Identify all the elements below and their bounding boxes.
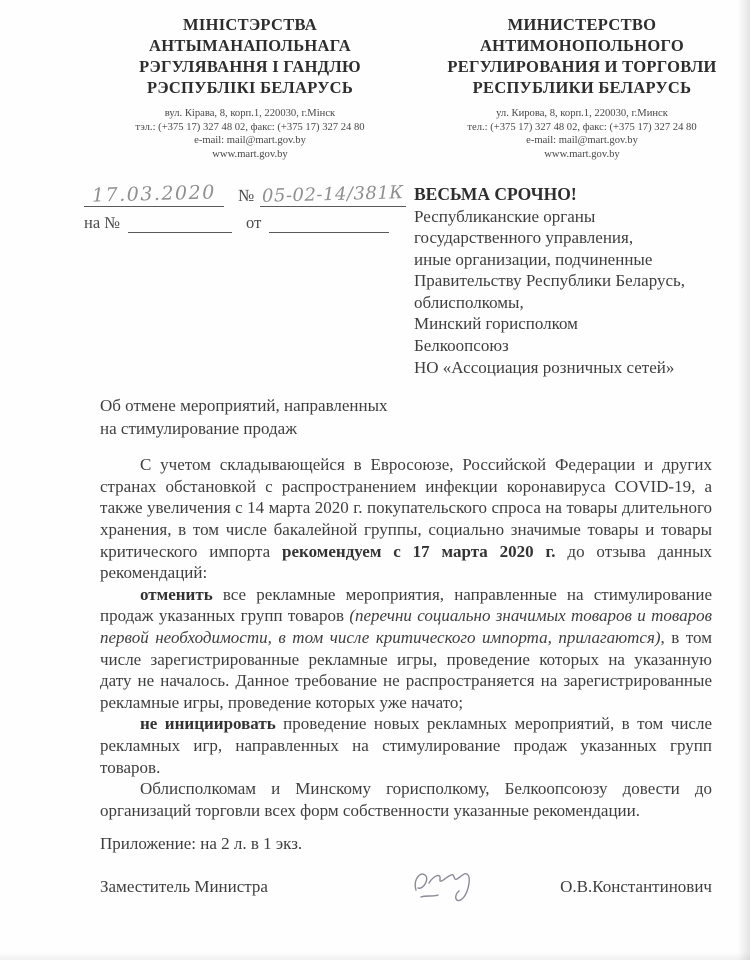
ot-label: от [246,213,261,233]
signer-position: Заместитель Министра [100,877,268,897]
na-number-label: на № [84,213,120,233]
urgency-mark: ВЕСЬМА СРОЧНО! [414,184,750,206]
recipient-line: иные организации, подчиненные [414,249,750,271]
ministry-name-ru-line: РЕГУЛИРОВАНИЯ И ТОРГОВЛИ [416,56,748,77]
website-ru: www.mart.gov.by [416,148,748,162]
paragraph-executives: Облисполкомам и Минскому горисполкому, Б… [100,778,712,821]
recipient-line: НО «Ассоциация розничных сетей» [414,357,750,379]
contacts-by: вул. Кірава, 8, корп.1, 220030, г.Мінск … [84,107,416,161]
number-sign-label: № [238,186,254,207]
na-number-blank-field [128,232,232,233]
paragraph-intro: С учетом складывающейся в Евросоюзе, Рос… [100,454,712,584]
ministry-name-ru: МИНИСТЕРСТВО АНТИМОНОПОЛЬНОГО РЕГУЛИРОВА… [416,14,748,98]
letterhead: МІНІСТЭРСТВА АНТЫМАНАПОЛЬНАГА РЭГУЛЯВАНН… [0,0,750,161]
paragraph-cancel: отменить все рекламные мероприятия, напр… [100,584,712,714]
date-field: 17.03.2020 [84,183,224,207]
address-by: вул. Кірава, 8, корп.1, 220030, г.Мінск [84,107,416,121]
recipient-line: Минский горисполком [414,313,750,335]
ministry-name-ru-line: АНТИМОНОПОЛЬНОГО [416,35,748,56]
handwritten-number: 05-02-14/381К [262,182,404,207]
scan-edge-shadow-bottom [0,952,750,960]
handwritten-date: 17.03.2020 [92,181,216,206]
reference-block: 17.03.2020 № 05-02-14/381К на № от [84,173,414,378]
recipient-block: ВЕСЬМА СРОЧНО! Республиканские органы го… [414,173,750,378]
ministry-name-by-line: АНТЫМАНАПОЛЬНАГА [84,35,416,56]
recipient-line: облисполкомы, [414,292,750,314]
reference-recipient-row: 17.03.2020 № 05-02-14/381К на № от ВЕСЬМ… [0,173,750,378]
ministry-name-by-line: РЭСПУБЛІКІ БЕЛАРУСЬ [84,77,416,98]
email-ru: e-mail: mail@mart.gov.by [416,134,748,148]
subject-line: Об отмене мероприятий, направленных [100,394,520,417]
ministry-name-by: МІНІСТЭРСТВА АНТЫМАНАПОЛЬНАГА РЭГУЛЯВАНН… [84,14,416,98]
ministry-name-by-line: РЭГУЛЯВАННЯ І ГАНДЛЮ [84,56,416,77]
letterhead-belarusian: МІНІСТЭРСТВА АНТЫМАНАПОЛЬНАГА РЭГУЛЯВАНН… [84,14,416,161]
recipient-line: Белкоопсоюз [414,335,750,357]
body-bold-run: отменить [140,585,213,604]
ot-blank-field [269,232,389,233]
signer-name: О.В.Константинович [560,877,712,897]
attachment-note: Приложение: на 2 л. в 1 экз. [100,834,750,854]
website-by: www.mart.gov.by [84,148,416,162]
subject-block: Об отмене мероприятий, направленных на с… [100,394,520,440]
recipient-line: государственного управления, [414,227,750,249]
body-bold-run: не инициировать [140,714,276,733]
letter-body: С учетом складывающейся в Евросоюзе, Рос… [100,454,712,821]
reference-line-2: на № от [84,207,414,233]
address-ru: ул. Кирова, 8, корп.1, 220030, г.Минск [416,107,748,121]
contacts-ru: ул. Кирова, 8, корп.1, 220030, г.Минск т… [416,107,748,161]
reference-line-1: 17.03.2020 № 05-02-14/381К [84,173,414,207]
handwritten-signature-icon [408,862,488,911]
phone-by: тэл.: (+375 17) 327 48 02, факс: (+375 1… [84,121,416,135]
recipient-line: Республиканские органы [414,206,750,228]
ministry-name-ru-line: РЕСПУБЛИКИ БЕЛАРУСЬ [416,77,748,98]
paragraph-not-initiate: не инициировать проведение новых рекламн… [100,713,712,778]
outgoing-number-field: 05-02-14/381К [260,184,406,207]
body-bold-run: рекомендуем с 17 марта 2020 г. [282,542,556,561]
scanned-letter-page: МІНІСТЭРСТВА АНТЫМАНАПОЛЬНАГА РЭГУЛЯВАНН… [0,0,750,960]
email-by: e-mail: mail@mart.gov.by [84,134,416,148]
ministry-name-ru-line: МИНИСТЕРСТВО [416,14,748,35]
signature-row: Заместитель Министра О.В.Константинович [100,862,712,911]
subject-line: на стимулирование продаж [100,417,520,440]
ministry-name-by-line: МІНІСТЭРСТВА [84,14,416,35]
letterhead-russian: МИНИСТЕРСТВО АНТИМОНОПОЛЬНОГО РЕГУЛИРОВА… [416,14,748,161]
phone-ru: тел.: (+375 17) 327 48 02, факс: (+375 1… [416,121,748,135]
recipient-line: Правительству Республики Беларусь, [414,270,750,292]
